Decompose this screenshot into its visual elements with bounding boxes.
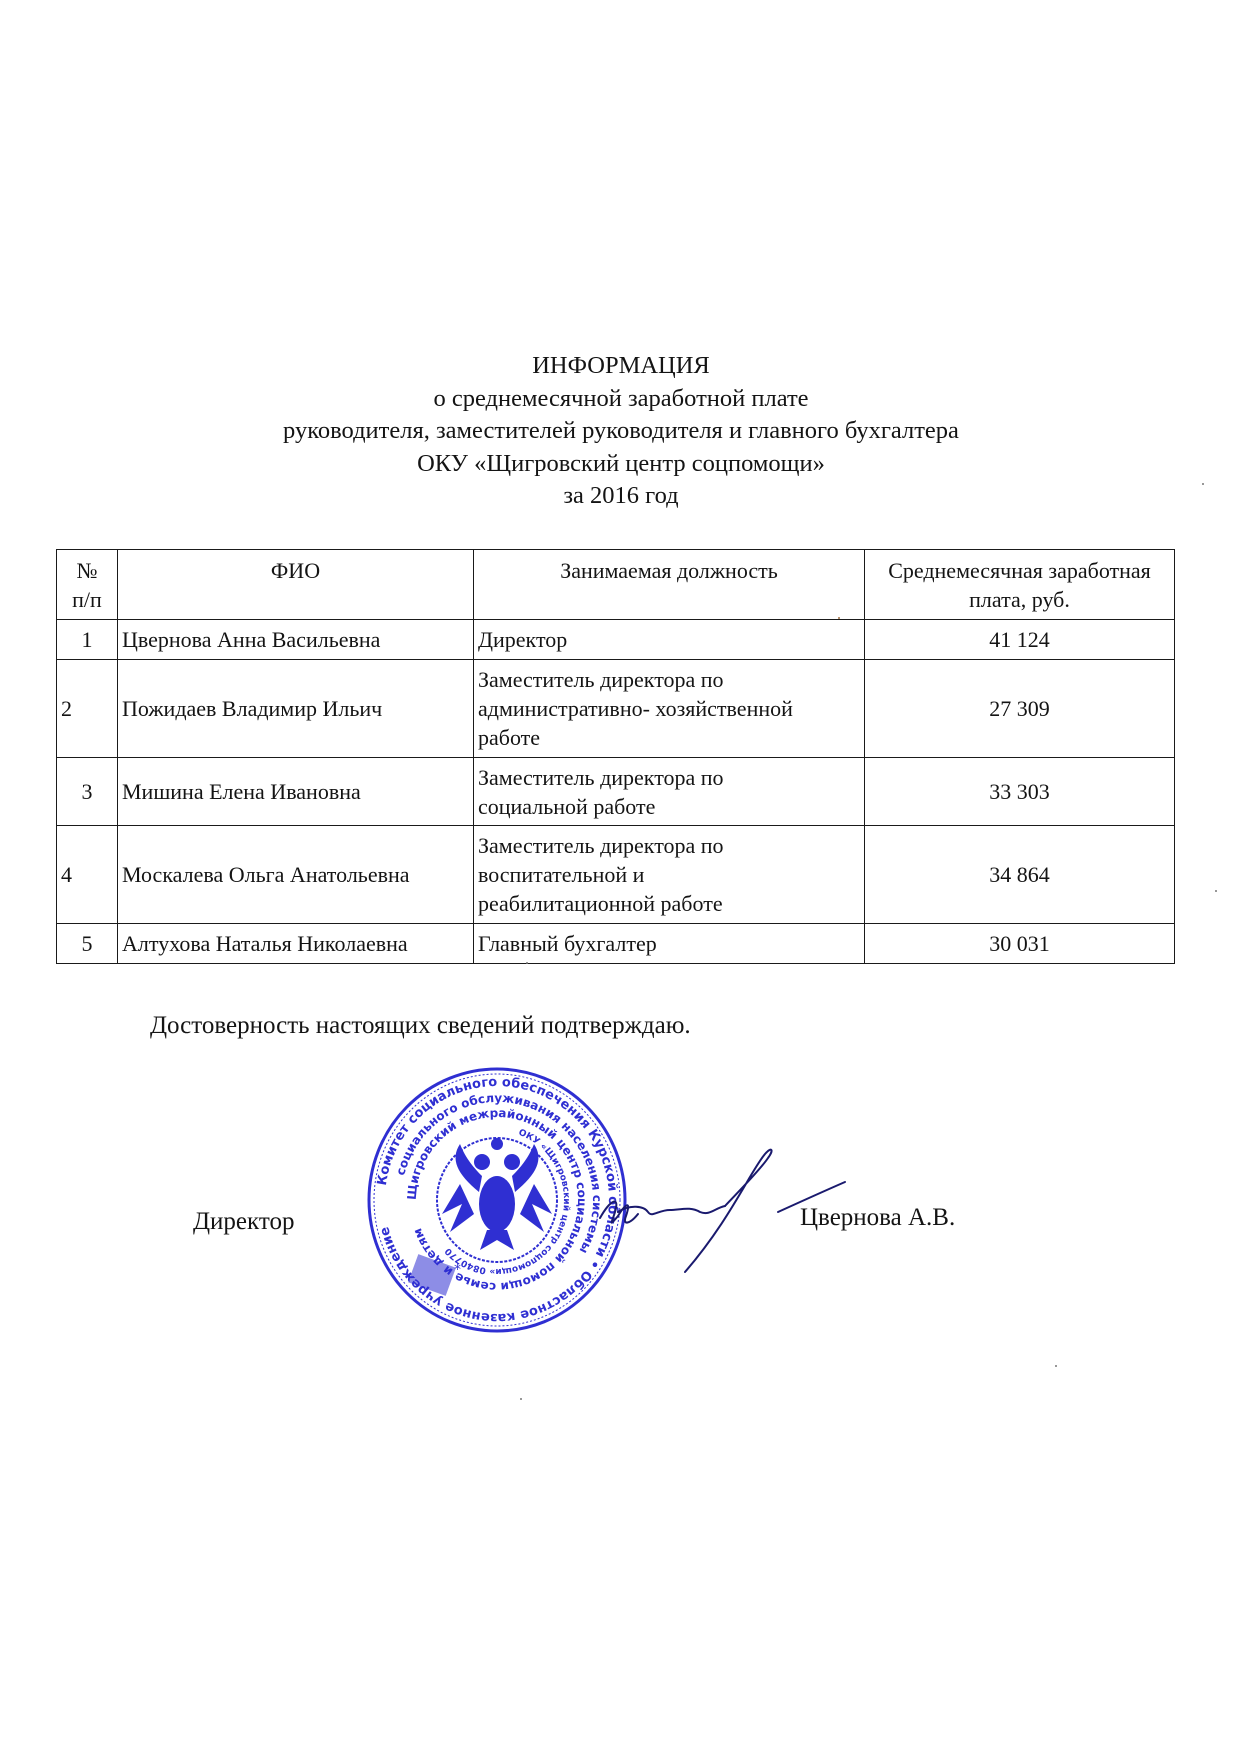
position-line: социальной работе — [478, 794, 655, 819]
row-name: Пожидаев Владимир Ильич — [118, 660, 474, 758]
position-line: работе — [478, 725, 540, 750]
table-row: 2 Пожидаев Владимир Ильич Заместитель ди… — [57, 660, 1175, 758]
confirmation-statement: Достоверность настоящих сведений подтвер… — [150, 1012, 691, 1040]
scan-speck — [526, 962, 528, 964]
header-number-line2: п/п — [72, 587, 102, 612]
scan-speck — [1055, 1365, 1057, 1367]
row-salary: 33 303 — [865, 758, 1175, 826]
heading-organization: ОКУ «Щигровский центр соцпомощи» — [0, 448, 1242, 481]
table-row: 5 Алтухова Наталья Николаевна Главный бу… — [57, 924, 1175, 964]
row-number: 3 — [57, 758, 118, 826]
position-line: Заместитель директора по — [478, 667, 724, 692]
row-number: 5 — [57, 924, 118, 964]
scan-speck — [520, 1398, 522, 1400]
row-number: 4 — [57, 826, 118, 924]
scan-speck — [838, 617, 840, 619]
document-heading: ИНФОРМАЦИЯ о среднемесячной заработной п… — [0, 350, 1242, 513]
heading-period: за 2016 год — [0, 480, 1242, 513]
row-name: Цвернова Анна Васильевна — [118, 620, 474, 660]
header-number: № п/п — [57, 550, 118, 620]
table-header-row: № п/п ФИО Занимаемая должность Среднемес… — [57, 550, 1175, 620]
double-headed-eagle-icon — [442, 1138, 552, 1250]
table-row: 1 Цвернова Анна Васильевна Директор 41 1… — [57, 620, 1175, 660]
position-line: воспитательной и — [478, 862, 644, 887]
header-salary: Среднемесячная заработная плата, руб. — [865, 550, 1175, 620]
salary-table: № п/п ФИО Занимаемая должность Среднемес… — [56, 549, 1175, 964]
header-salary-line1: Среднемесячная заработная — [888, 558, 1151, 583]
row-position: Заместитель директора по социальной рабо… — [474, 758, 865, 826]
scan-speck — [1202, 483, 1204, 485]
row-name: Мишина Елена Ивановна — [118, 758, 474, 826]
row-salary: 27 309 — [865, 660, 1175, 758]
header-number-line1: № — [77, 558, 98, 583]
row-name: Москалева Ольга Анатольевна — [118, 826, 474, 924]
row-salary: 41 124 — [865, 620, 1175, 660]
scan-speck — [1215, 890, 1217, 892]
header-position: Занимаемая должность — [474, 550, 865, 620]
signatory-title: Директор — [193, 1208, 294, 1236]
position-line: административно- хозяйственной — [478, 696, 793, 721]
row-position: Заместитель директора по воспитательной … — [474, 826, 865, 924]
row-name: Алтухова Наталья Николаевна — [118, 924, 474, 964]
position-line: Заместитель директора по — [478, 765, 724, 790]
row-number: 1 — [57, 620, 118, 660]
row-number: 2 — [57, 660, 118, 758]
table-row: 3 Мишина Елена Ивановна Заместитель дире… — [57, 758, 1175, 826]
table-row: 4 Москалева Ольга Анатольевна Заместител… — [57, 826, 1175, 924]
row-position: Директор — [474, 620, 865, 660]
row-position: Главный бухгалтер — [474, 924, 865, 964]
position-line: реабилитационной работе — [478, 891, 723, 916]
heading-title: ИНФОРМАЦИЯ — [0, 350, 1242, 383]
header-salary-line2: плата, руб. — [969, 587, 1070, 612]
row-salary: 30 031 — [865, 924, 1175, 964]
position-line: Заместитель директора по — [478, 833, 724, 858]
row-position: Заместитель директора по административно… — [474, 660, 865, 758]
header-name: ФИО — [118, 550, 474, 620]
row-salary: 34 864 — [865, 826, 1175, 924]
heading-subject: руководителя, заместителей руководителя … — [0, 415, 1242, 448]
heading-subtitle: о среднемесячной заработной плате — [0, 383, 1242, 416]
signatory-name: Цвернова А.В. — [800, 1204, 955, 1232]
